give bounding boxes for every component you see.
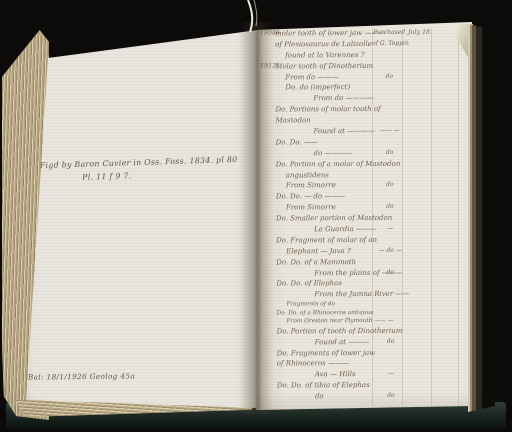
entry-text: Do. Portion of tooth of Dinotherium [277,326,403,338]
right-page: 19086molar tooth of lower jaw ———Purchas… [256,22,472,412]
entry-text: Do. Fragments of lower jaw [277,347,376,358]
entry-acquisition: —— — [373,126,407,137]
entry-acquisition: do [373,202,407,213]
entry-acquisition: do [374,391,408,402]
entry-text: found at la Varennes ? [285,50,364,61]
entry-acquisition: Purchased [372,28,406,39]
entry-text: Do. Do. — do ——— [276,191,346,202]
figured-citation-note: Figd by Baron Cuvier in Oss. Foss. 1834.… [40,153,238,185]
left-page: Figd by Baron Cuvier in Oss. Foss. 1834.… [18,28,258,412]
entry-text: of Rhinoceros ——— [277,359,349,370]
entry-text: From the Jumna River —— [314,289,409,300]
entry-acquisition: — [374,317,408,326]
entry-acquisition: do [373,267,407,278]
register-row: dodo [261,391,469,403]
entry-text: From do ———— [313,93,373,104]
entry-text: Do. Portions of molar tooth of [275,104,380,115]
entry-acquisition: — do — [373,246,407,257]
entry-text: Do. Do. of tibia of Elephas [277,380,370,391]
entry-text: do [315,391,324,402]
entry-text: do ———— [314,148,353,159]
entry-text: From Simorre [286,202,336,213]
spine-gutter-shadow [240,22,274,414]
entry-text: Do. Portion of a molar of Mastodon [276,158,401,170]
entry-text: Do. Fragment of molar of an [276,235,377,246]
entry-text: Do. Do. of a Mammoth [276,257,356,268]
entry-text: Mastodon [275,115,310,126]
entry-text: molar tooth of lower jaw ——— [275,28,385,39]
entry-acquisition: do [372,71,406,82]
entry-text: angustidens [286,170,329,181]
entry-text: Ava — Hills [315,369,356,380]
entry-acquisition: of G. Toppin [372,39,406,50]
entry-text: Elephant — Java ? [286,246,351,257]
entry-text: Found at ——— [315,337,370,348]
accession-bottom-note: Bal: 18/1/1926 Geolog 45a [28,371,135,381]
entry-text: From Simorre [286,181,336,192]
entry-text: La Guardia ——— [314,224,377,235]
entry-text: Fragments of do [286,300,334,309]
entry-text: Do. Smaller portion of Mastodon [276,213,392,225]
register-entries: 19086molar tooth of lower jaw ———Purchas… [259,27,469,408]
entry-acquisition: — [373,224,407,235]
entry-acquisition: do [373,180,407,191]
entry-date: July 18. [407,28,433,39]
entry-acquisition: do [373,148,407,159]
entry-text: From do ——— [285,72,338,83]
entry-acquisition: — [374,369,408,380]
binding-thread-icon [238,0,268,34]
entry-text: Do. Do. —— [276,137,318,148]
entry-acquisition: do [374,336,408,347]
entry-text: Do. Do. of Elephas [276,279,342,290]
photograph-of-open-register: Figd by Baron Cuvier in Oss. Foss. 1834.… [0,0,512,432]
entry-text: of Plesiosaurus de Lalizolle [275,39,372,50]
entry-text: Do. do (imperfect) [285,83,350,94]
entry-text: Found at ———— [314,126,376,137]
right-fore-edge [468,24,495,412]
entry-text: Molar tooth of Dinotherium [275,61,373,72]
